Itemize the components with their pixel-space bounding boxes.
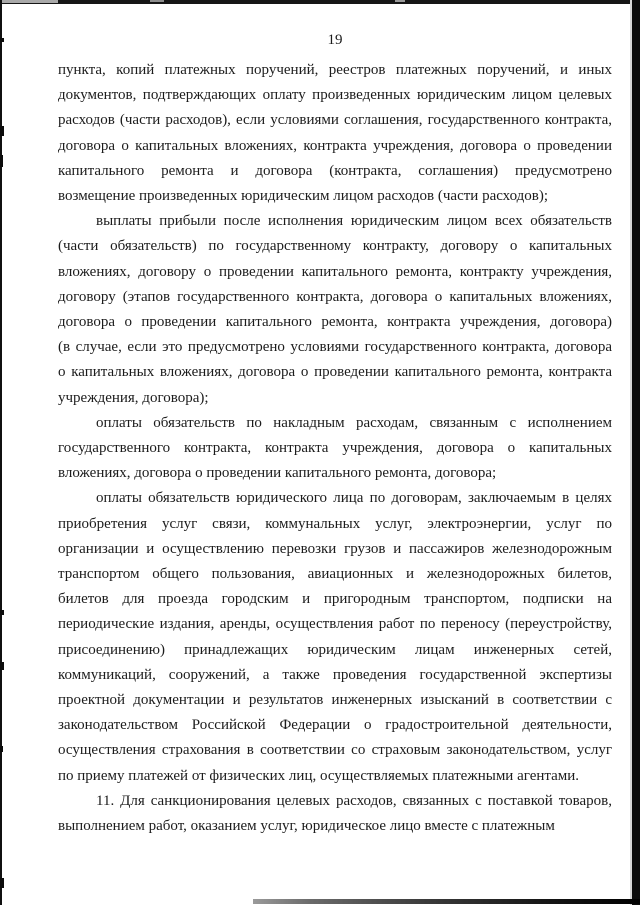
text-line: вложениях, договору о проведении капитал… [58, 260, 612, 285]
text-line: вложениях, договора о проведении капитал… [58, 461, 612, 486]
text-line: учреждения, договора); [58, 386, 612, 411]
text-line: расходов (части расходов), если условиям… [58, 108, 612, 133]
text-line: по приему платежей от физических лиц, ос… [58, 764, 612, 789]
scan-edge-bottom [253, 899, 640, 904]
scan-edge-top-gap [150, 0, 164, 2]
page-number: 19 [58, 32, 612, 49]
text-line: выплаты прибыли после исполнения юридиче… [58, 209, 612, 234]
text-line: документов, подтверждающих оплату произв… [58, 83, 612, 108]
document-body: пункта, копий платежных поручений, реест… [58, 58, 612, 839]
scan-artifact [0, 746, 3, 752]
text-line: договору (этапов государственного контра… [58, 285, 612, 310]
scan-artifact [0, 38, 4, 42]
scan-artifact [0, 878, 4, 888]
text-line: коммуникаций, сооружений, а также провед… [58, 663, 612, 688]
scan-edge-top-gap [395, 0, 405, 2]
scan-edge-right [632, 0, 640, 905]
text-line: пункта, копий платежных поручений, реест… [58, 58, 612, 83]
text-line: капитального ремонта и договора (контрак… [58, 159, 612, 184]
text-line: о капитальных вложениях, договора о пров… [58, 360, 612, 385]
text-line: возмещение произведенных юридическим лиц… [58, 184, 612, 209]
scan-artifact [0, 126, 4, 136]
text-line: 11. Для санкционирования целевых расходо… [58, 789, 612, 814]
text-line: проектной документации и результатов инж… [58, 688, 612, 713]
text-line: договора о проведении капитального ремон… [58, 310, 612, 335]
text-line: (части обязательств) по государственному… [58, 234, 612, 259]
text-line: договора о капитальных вложениях, контра… [58, 134, 612, 159]
scan-artifact [0, 610, 4, 615]
text-line: приобретения услуг связи, коммунальных у… [58, 512, 612, 537]
text-line: (в случае, если это предусмотрено услови… [58, 335, 612, 360]
text-line: организации и осуществлению перевозки гр… [58, 537, 612, 562]
text-line: транспортом общего пользования, авиацион… [58, 562, 612, 587]
text-line: законодательством Российской Федерации о… [58, 713, 612, 738]
scan-edge-top-light-segment [0, 0, 58, 3]
text-line: осуществления страхования в соответствии… [58, 738, 612, 763]
text-line: государственного контракта, контракта уч… [58, 436, 612, 461]
text-line: периодические издания, аренды, осуществл… [58, 612, 612, 637]
text-line: оплаты обязательств по накладным расхода… [58, 411, 612, 436]
text-line: оплаты обязательств юридического лица по… [58, 486, 612, 511]
scan-artifact [0, 662, 4, 670]
text-line: билетов для проезда городским и пригород… [58, 587, 612, 612]
document-page: 19 пункта, копий платежных поручений, ре… [0, 0, 640, 905]
scan-edge-top [0, 0, 640, 4]
scan-artifact [0, 155, 3, 167]
text-line: выполнением работ, оказанием услуг, юрид… [58, 814, 612, 839]
text-line: присоединению) принадлежащих юридическим… [58, 638, 612, 663]
